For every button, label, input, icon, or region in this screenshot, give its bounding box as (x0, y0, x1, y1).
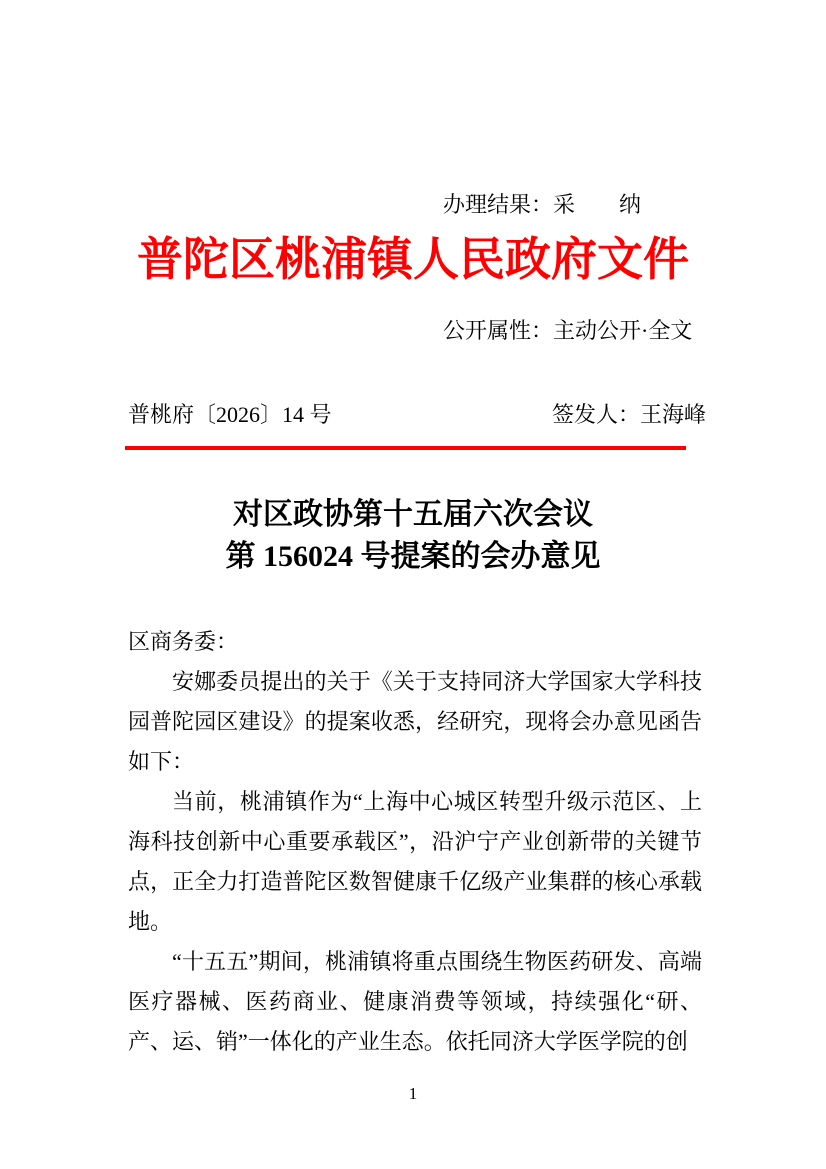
letterhead-title: 普陀区桃浦镇人民政府文件 (0, 232, 826, 288)
body-paragraph: 当前，桃浦镇作为“上海中心城区转型升级示范区、上海科技创新中心重要承载区”，沿沪… (128, 782, 702, 942)
meta-result-line: 办理结果：采 纳 (443, 184, 692, 226)
document-page: 办理结果：采 纳 公开属性：主动公开·全文 普陀区桃浦镇人民政府文件 普桃府〔2… (0, 0, 826, 1169)
doc-title: 对区政协第十五届六次会议 第 156024 号提案的会办意见 (0, 494, 826, 578)
red-separator (125, 446, 686, 450)
doc-title-line2: 第 156024 号提案的会办意见 (0, 536, 826, 578)
body-salutation: 区商务委： (128, 622, 702, 662)
body-text: 区商务委： 安娜委员提出的关于《关于支持同济大学国家大学科技园普陀园区建设》的提… (128, 622, 702, 1062)
body-paragraph: 安娜委员提出的关于《关于支持同济大学国家大学科技园普陀园区建设》的提案收悉，经研… (128, 662, 702, 782)
signer: 签发人：王海峰 (552, 399, 706, 431)
body-paragraph: “十五五”期间，桃浦镇将重点围绕生物医药研发、高端医疗器械、医药商业、健康消费等… (128, 942, 702, 1062)
page-number: 1 (0, 1084, 826, 1104)
meta-publicity-line: 公开属性：主动公开·全文 (443, 310, 692, 352)
reference-row: 普桃府〔2026〕14 号 签发人：王海峰 (128, 399, 706, 431)
doc-title-line1: 对区政协第十五届六次会议 (0, 494, 826, 536)
doc-number: 普桃府〔2026〕14 号 (128, 399, 332, 431)
